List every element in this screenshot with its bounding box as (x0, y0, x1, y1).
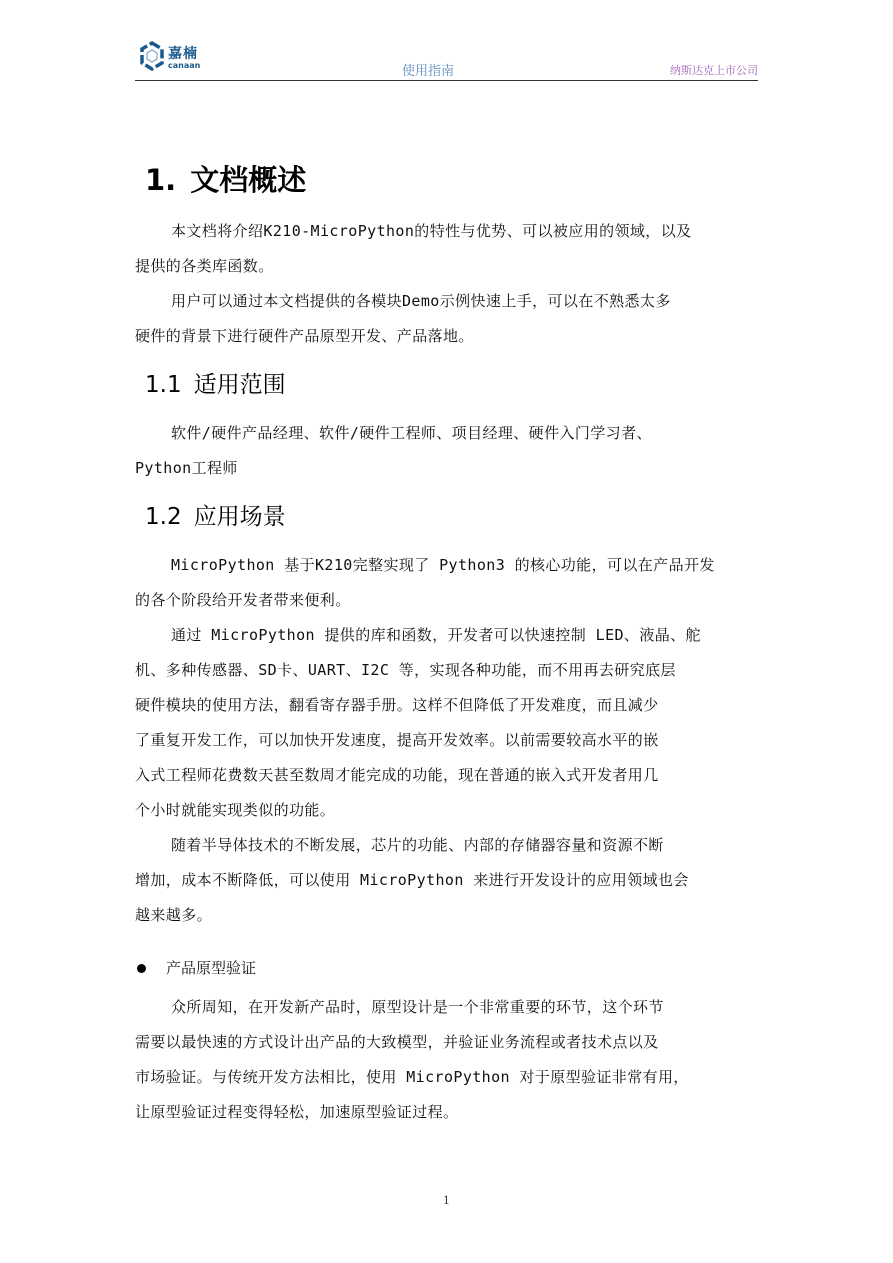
bullet-item: 产品原型验证 (137, 957, 256, 978)
hexagon-logo-icon (140, 41, 164, 71)
section-1-heading: 1.文档概述 (145, 158, 306, 199)
paragraph: 随着半导体技术的不断发展，芯片的功能、内部的存储器容量和资源不断 增加，成本不断… (135, 828, 758, 933)
paragraph: 用户可以通过本文档提供的各模块Demo示例快速上手，可以在不熟悉太多 硬件的背景… (135, 284, 758, 354)
header-company-tag: 纳斯达克上市公司 (670, 62, 758, 78)
logo-text-en: canaan (168, 61, 200, 70)
logo-text-cn: 嘉楠 (168, 43, 198, 63)
page-header: 嘉楠 canaan 使用指南 纳斯达克上市公司 (135, 38, 758, 81)
header-doc-type: 使用指南 (402, 60, 454, 79)
paragraph: 通过 MicroPython 提供的库和函数，开发者可以快速控制 LED、液晶、… (135, 618, 758, 828)
section-number: 1. (145, 163, 176, 197)
section-1-1-heading: 1.1适用范围 (145, 366, 286, 399)
canaan-logo: 嘉楠 canaan (140, 41, 210, 75)
section-title: 文档概述 (190, 163, 306, 197)
bullet-dot-icon (137, 964, 146, 973)
paragraph: 众所周知，在开发新产品时，原型设计是一个非常重要的环节，这个环节 需要以最快速的… (135, 990, 758, 1130)
page-number: 1 (443, 1192, 450, 1208)
section-1-2-heading: 1.2应用场景 (145, 498, 286, 531)
paragraph: 软件/硬件产品经理、软件/硬件工程师、项目经理、硬件入门学习者、 Python工… (135, 416, 758, 486)
paragraph: MicroPython 基于K210完整实现了 Python3 的核心功能，可以… (135, 548, 758, 618)
paragraph: 本文档将介绍K210-MicroPython的特性与优势、可以被应用的领域，以及… (135, 214, 758, 284)
